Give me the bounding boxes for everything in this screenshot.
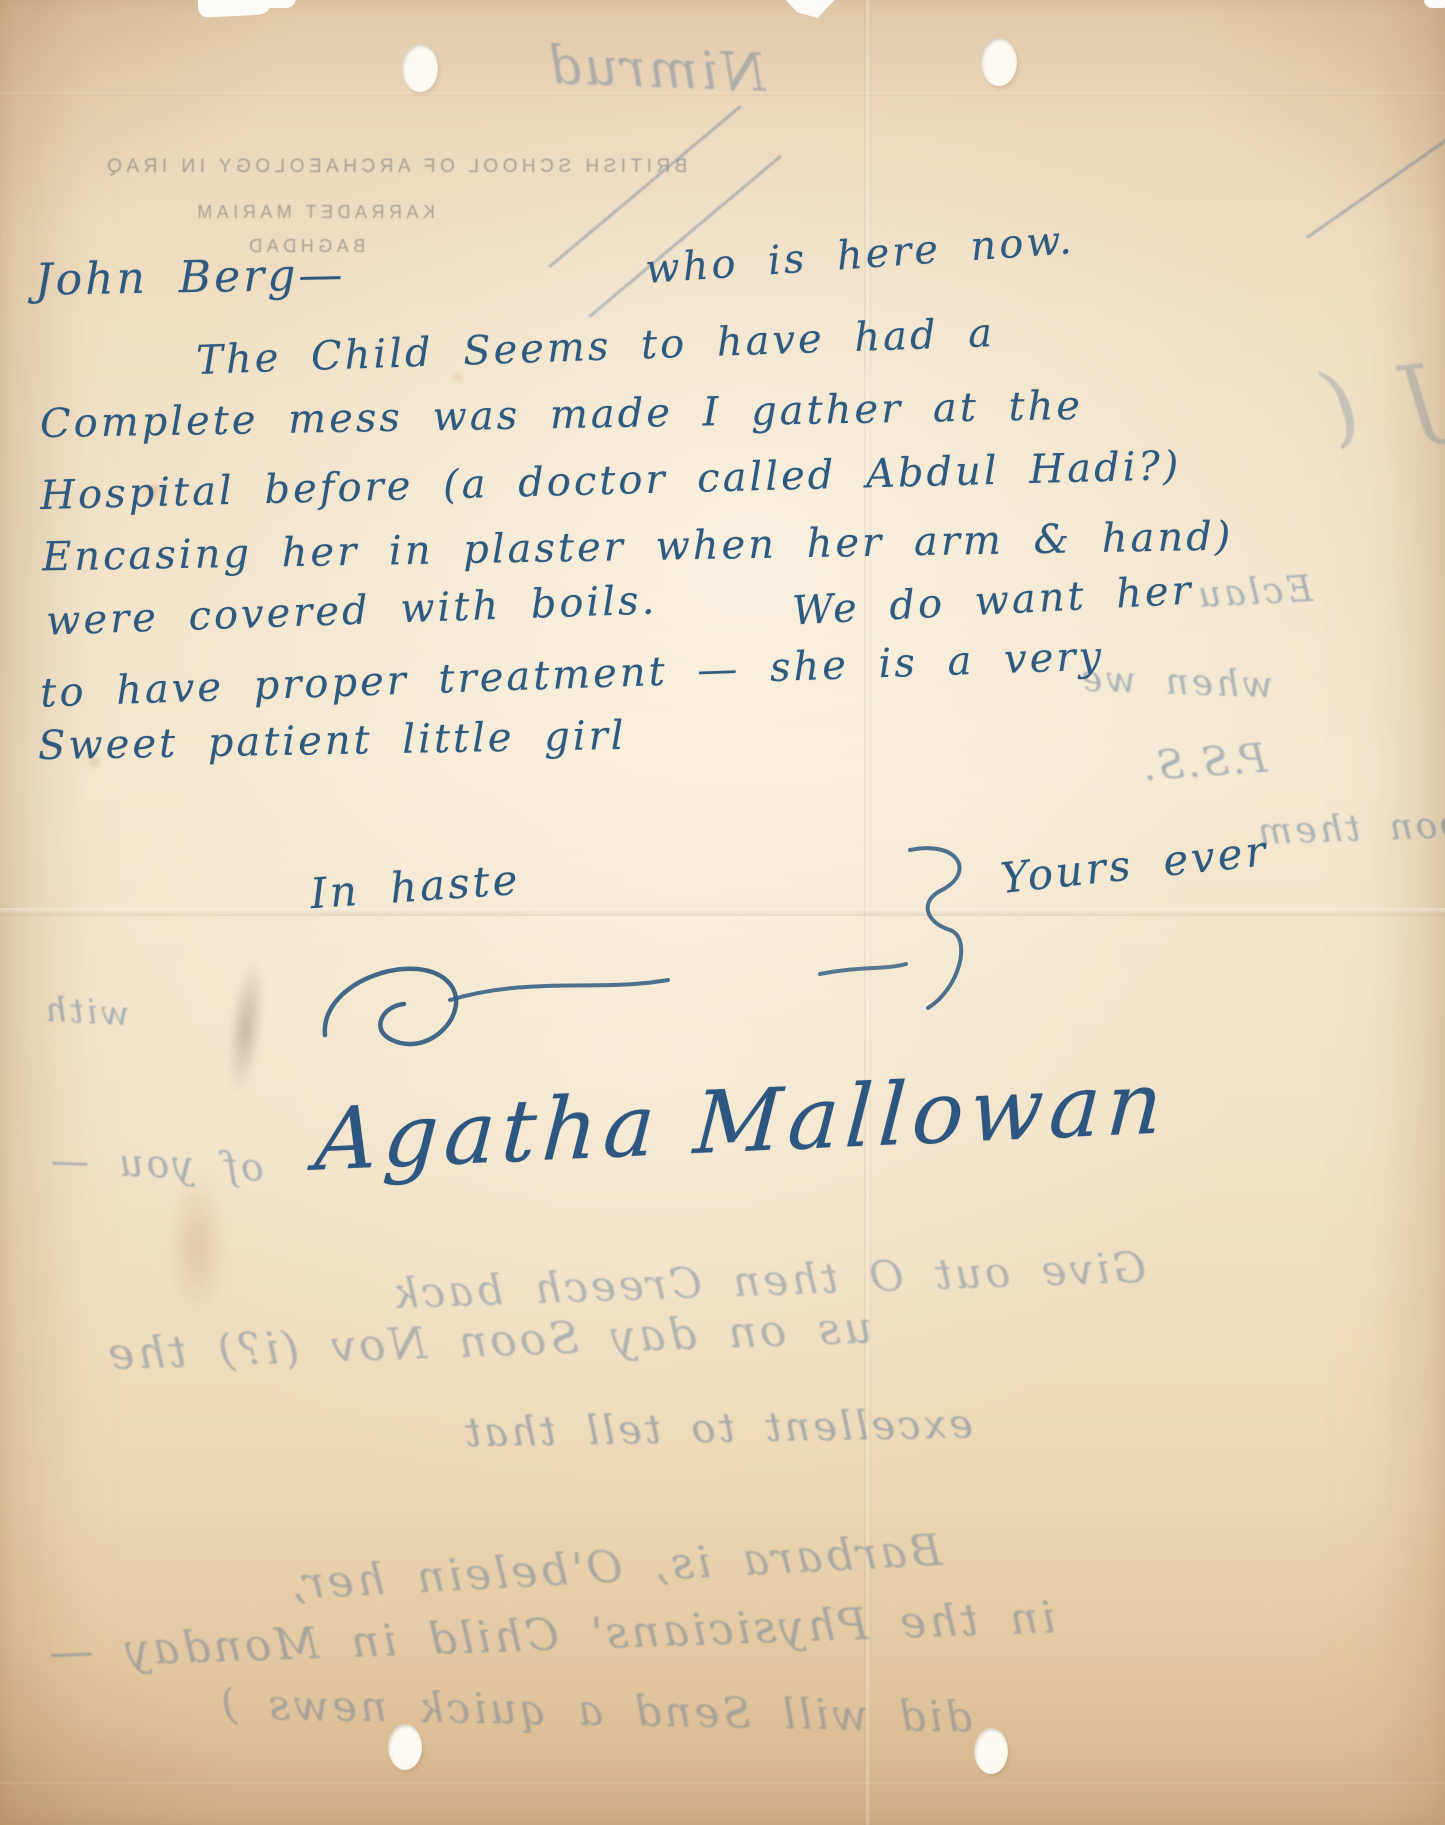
handwriting-line-2: The Child Seems to have had a [195,310,995,384]
bleedthrough-line: P.S.S. [1139,736,1269,791]
bleedthrough-line: Eclau [1194,569,1314,616]
handwriting-line-7: to have proper treatment — she is a very [40,633,1105,716]
letterhead-line-1: BRITISH SCHOOL OF ARCHAEOLOGY IN IRAQ [55,156,735,178]
punch-hole-top-left [402,44,438,92]
bleedthrough-line: when we [1077,659,1273,707]
bleedthrough-line: upon them [1254,804,1445,853]
bleedthrough-line: J ( [1315,344,1444,459]
handwriting-line-5: Encasing her in plaster when her arm & h… [42,514,1234,581]
ink-flourish [300,940,920,1080]
fold-crease-bottom [0,1782,1445,1786]
handwriting-line-1a: John Berg— [35,249,346,305]
bleedthrough-line: Barbara is, O'belein her, [287,1525,943,1610]
handwriting-line-3: Complete mess was made I gather at the [40,383,1084,447]
handwriting-line-6a: were covered with boils. [45,577,658,644]
handwriting-line-6b: We do want her [791,568,1195,635]
bleedthrough-line: excellent to tell that [462,1402,974,1457]
bleedthrough-line: did will Send a quick news ) [218,1679,973,1741]
bleedthrough-line: Nimrud [544,36,767,104]
edge-tear [778,0,842,18]
ink-smudge-stain [210,928,281,1127]
bleedthrough-line: in the Physicians' Child in Monday — [45,1592,1056,1678]
handwriting-line-1b: who is here now. [644,217,1076,293]
edge-tear [258,0,296,8]
valediction-part-2: Yours ever [998,826,1271,903]
handwriting-line-8: Sweet patient little girl [38,713,627,769]
edge-tear [1424,0,1445,8]
punch-hole-top-right [981,38,1017,86]
letterhead-line-2: KARRADET MARIAM [205,202,435,223]
punch-hole-bottom-right [974,1728,1008,1774]
fold-crease-horizontal [0,908,1445,916]
bleedthrough-line: with [41,990,131,1035]
bleedthrough-line: of you — [47,1138,264,1190]
letter-page: BRITISH SCHOOL OF ARCHAEOLOGY IN IRAQ KA… [0,0,1445,1825]
ghost-pen-stroke [1306,64,1445,239]
handwriting-line-4: Hospital before (a doctor called Abdul H… [40,443,1182,519]
ghost-pen-stroke [588,155,781,318]
